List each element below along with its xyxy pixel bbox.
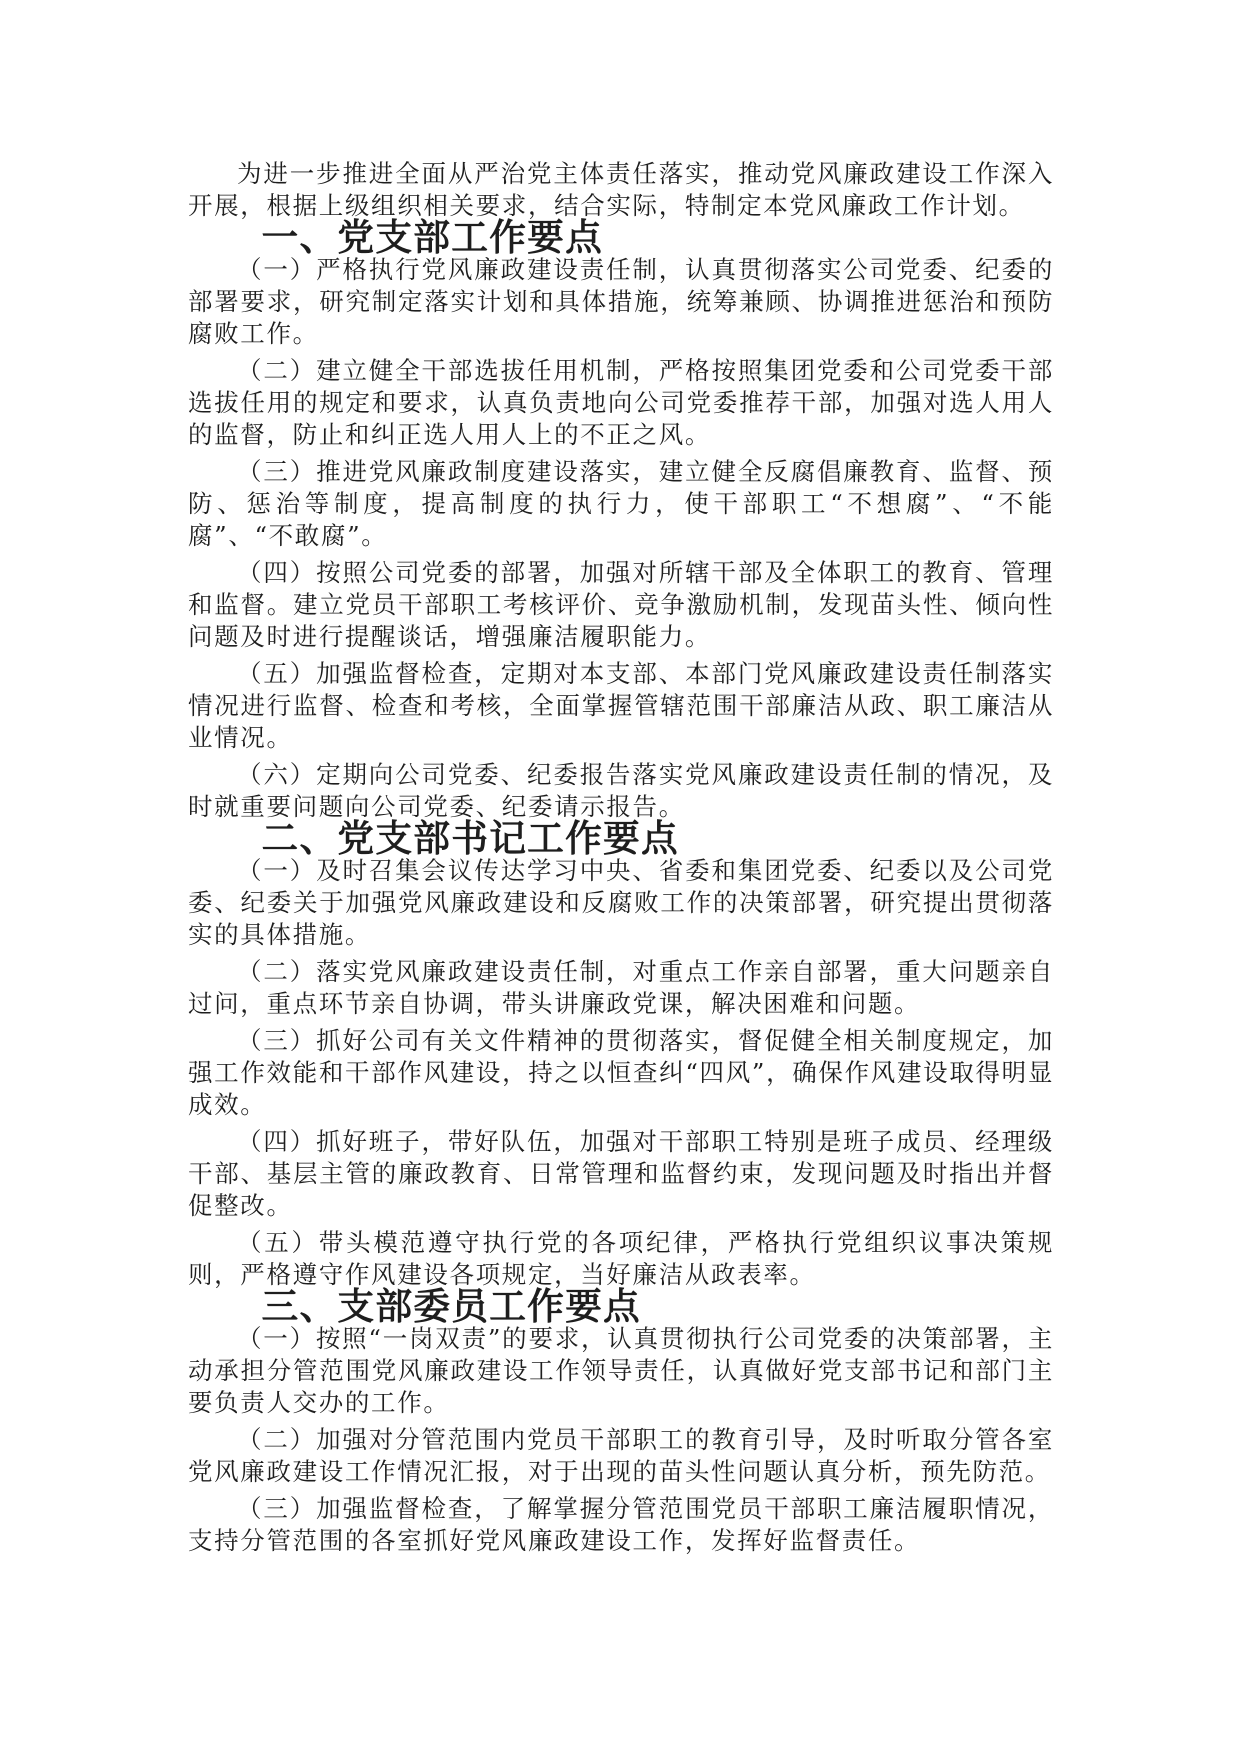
section-1-item-2: （二）建立健全干部选拔任用机制，严格按照集团党委和公司党委干部选拔任用的规定和要… (188, 355, 1054, 451)
section-2-item-3: （三）抓好公司有关文件精神的贯彻落实，督促健全相关制度规定，加强工作效能和干部作… (188, 1025, 1054, 1121)
document-page: 为进一步推进全面从严治党主体责任落实，推动党风廉政建设工作深入开展，根据上级组织… (188, 158, 1054, 1557)
section-1-item-1: （一）严格执行党风廉政建设责任制，认真贯彻落实公司党委、纪委的部署要求，研究制定… (188, 254, 1054, 350)
section-2-item-4: （四）抓好班子，带好队伍，加强对干部职工特别是班子成员、经理级干部、基层主管的廉… (188, 1126, 1054, 1222)
section-2-item-5: （五）带头模范遵守执行党的各项纪律，严格执行党组织议事决策规则，严格遵守作风建设… (188, 1227, 1054, 1291)
section-3-item-2: （二）加强对分管范围内党员干部职工的教育引导，及时听取分管各室党风廉政建设工作情… (188, 1424, 1054, 1488)
intro-paragraph: 为进一步推进全面从严治党主体责任落实，推动党风廉政建设工作深入开展，根据上级组织… (188, 158, 1054, 222)
section-1-item-3: （三）推进党风廉政制度建设落实，建立健全反腐倡廉教育、监督、预防、惩治等制度，提… (188, 456, 1054, 552)
section-heading-1: 一、党支部工作要点 (188, 222, 1054, 254)
section-2-item-2: （二）落实党风廉政建设责任制，对重点工作亲自部署，重大问题亲自过问，重点环节亲自… (188, 956, 1054, 1020)
section-1-item-4: （四）按照公司党委的部署，加强对所辖干部及全体职工的教育、管理和监督。建立党员干… (188, 557, 1054, 653)
section-1-item-5: （五）加强监督检查，定期对本支部、本部门党风廉政建设责任制落实情况进行监督、检查… (188, 658, 1054, 754)
section-2-item-1: （一）及时召集会议传达学习中央、省委和集团党委、纪委以及公司党委、纪委关于加强党… (188, 855, 1054, 951)
section-3-item-3: （三）加强监督检查，了解掌握分管范围党员干部职工廉洁履职情况，支持分管范围的各室… (188, 1493, 1054, 1557)
section-3-item-1: （一）按照“一岗双责”的要求，认真贯彻执行公司党委的决策部署，主动承担分管范围党… (188, 1323, 1054, 1419)
section-heading-2: 二、党支部书记工作要点 (188, 823, 1054, 855)
section-heading-3: 三、支部委员工作要点 (188, 1291, 1054, 1323)
section-1-item-6: （六）定期向公司党委、纪委报告落实党风廉政建设责任制的情况，及时就重要问题向公司… (188, 759, 1054, 823)
